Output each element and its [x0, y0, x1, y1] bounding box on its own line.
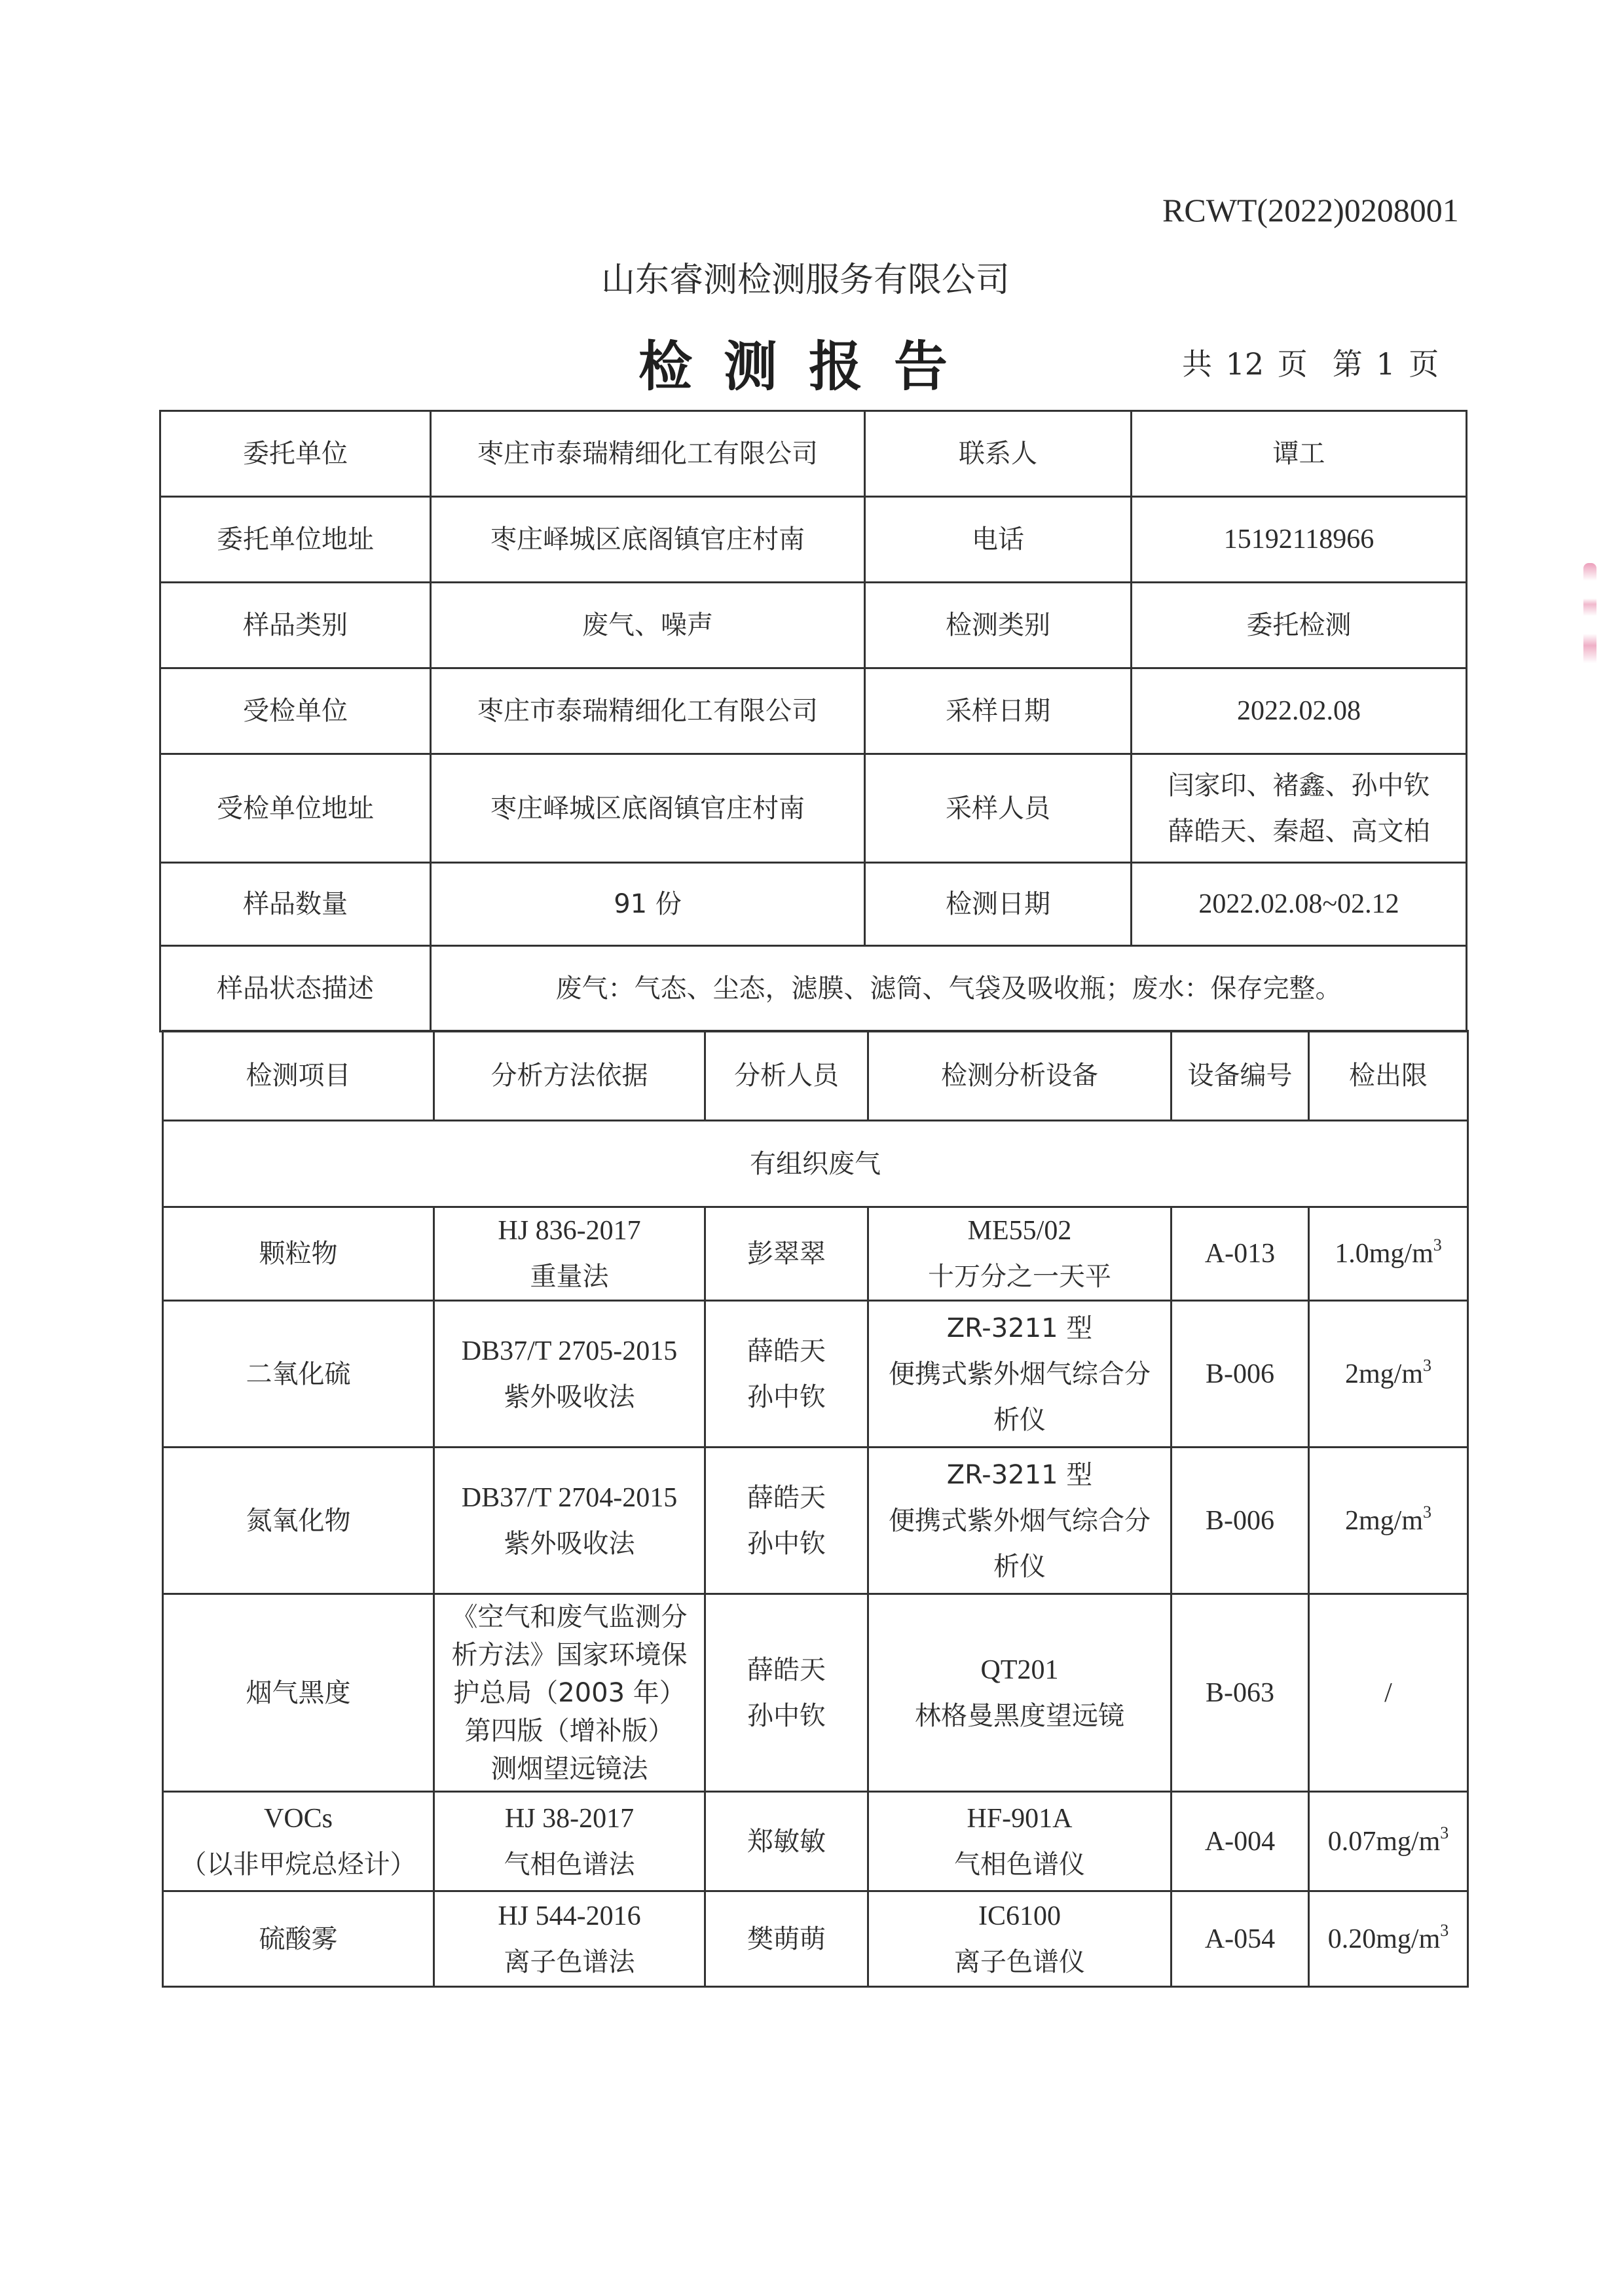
item-cell: VOCs （以非甲烷总烃计）	[163, 1792, 434, 1891]
detection-limit-cell: 0.20mg/m3	[1309, 1891, 1468, 1987]
total-pages: 共 12 页	[1182, 346, 1308, 382]
table-row: 氮氧化物 DB37/T 2704-2015 紫外吸收法 薛皓天 孙中钦 ZR-3…	[163, 1448, 1468, 1594]
sampling-date-label: 采样日期	[865, 668, 1132, 754]
contact-label: 联系人	[865, 411, 1132, 497]
company-name: 山东睿测检测服务有限公司	[570, 252, 1041, 301]
equipment-cell: IC6100 离子色谱仪	[868, 1891, 1172, 1987]
samplers-value: 闫家印、褚鑫、孙中钦 薛皓天、秦超、高文柏	[1132, 754, 1467, 863]
table-row: 受检单位 枣庄市泰瑞精细化工有限公司 采样日期 2022.02.08	[160, 668, 1467, 754]
analyst-cell: 薛皓天 孙中钦	[705, 1594, 868, 1792]
sample-count-label: 样品数量	[160, 863, 431, 946]
header-detection-limit: 检出限	[1309, 1031, 1468, 1121]
inspected-unit-value: 枣庄市泰瑞精细化工有限公司	[431, 668, 865, 754]
info-table: 委托单位 枣庄市泰瑞精细化工有限公司 联系人 谭工 委托单位地址 枣庄峄城区底阁…	[159, 410, 1467, 1032]
document-title: 检测报告	[638, 324, 979, 401]
equipment-cell: ZR-3211 型 便携式紫外烟气综合分 析仪	[868, 1301, 1172, 1448]
analyst-cell: 郑敏敏	[705, 1792, 868, 1891]
section-title: 有组织废气	[163, 1121, 1468, 1207]
sample-type-label: 样品类别	[160, 583, 431, 668]
header-item: 检测项目	[163, 1031, 434, 1121]
test-type-label: 检测类别	[865, 583, 1132, 668]
table-row: 烟气黑度 《空气和废气监测分 析方法》国家环境保 护总局（2003 年） 第四版…	[163, 1594, 1468, 1792]
equipment-id-cell: A-004	[1172, 1792, 1309, 1891]
item-cell: 氮氧化物	[163, 1448, 434, 1594]
method-table: 检测项目 分析方法依据 分析人员 检测分析设备 设备编号 检出限 有组织废气 颗…	[162, 1030, 1469, 1988]
equipment-cell: ZR-3211 型 便携式紫外烟气综合分 析仪	[868, 1448, 1172, 1594]
table-row: 委托单位 枣庄市泰瑞精细化工有限公司 联系人 谭工	[160, 411, 1467, 497]
equipment-id-cell: A-013	[1172, 1207, 1309, 1301]
samplers-line-1: 闫家印、褚鑫、孙中钦	[1135, 763, 1463, 809]
header-method: 分析方法依据	[434, 1031, 705, 1121]
contact-value: 谭工	[1132, 411, 1467, 497]
detection-limit-cell: 2mg/m3	[1309, 1448, 1468, 1594]
table-row: 样品数量 91 份 检测日期 2022.02.08~02.12	[160, 863, 1467, 946]
table-row: 硫酸雾 HJ 544-2016 离子色谱法 樊萌萌 IC6100 离子色谱仪 A…	[163, 1891, 1468, 1987]
sample-state-label: 样品状态描述	[160, 946, 431, 1032]
analyst-cell: 薛皓天 孙中钦	[705, 1301, 868, 1448]
table-row: 样品类别 废气、噪声 检测类别 委托检测	[160, 583, 1467, 668]
table-row: 颗粒物 HJ 836-2017 重量法 彭翠翠 ME55/02 十万分之一天平 …	[163, 1207, 1468, 1301]
equipment-id-cell: B-006	[1172, 1448, 1309, 1594]
method-cell: HJ 836-2017 重量法	[434, 1207, 705, 1301]
method-cell: 《空气和废气监测分 析方法》国家环境保 护总局（2003 年） 第四版（增补版）…	[434, 1594, 705, 1792]
table-row: 样品状态描述 废气：气态、尘态，滤膜、滤筒、气袋及吸收瓶；废水：保存完整。	[160, 946, 1467, 1032]
header-row: 检测项目 分析方法依据 分析人员 检测分析设备 设备编号 检出限	[163, 1031, 1468, 1121]
equipment-id-cell: B-006	[1172, 1301, 1309, 1448]
detection-limit-cell: /	[1309, 1594, 1468, 1792]
phone-value: 15192118966	[1132, 497, 1467, 583]
test-type-value: 委托检测	[1132, 583, 1467, 668]
item-cell: 颗粒物	[163, 1207, 434, 1301]
table-row: 委托单位地址 枣庄峄城区底阁镇官庄村南 电话 15192118966	[160, 497, 1467, 583]
inspected-address-label: 受检单位地址	[160, 754, 431, 863]
current-page: 第 1 页	[1333, 346, 1439, 382]
detection-limit-cell: 0.07mg/m3	[1309, 1792, 1468, 1891]
report-number: RCWT(2022)0208001	[1162, 191, 1459, 229]
item-cell: 烟气黑度	[163, 1594, 434, 1792]
client-value: 枣庄市泰瑞精细化工有限公司	[431, 411, 865, 497]
item-cell: 二氧化硫	[163, 1301, 434, 1448]
seal-mark	[1583, 563, 1596, 681]
analyst-cell: 樊萌萌	[705, 1891, 868, 1987]
samplers-line-2: 薛皓天、秦超、高文柏	[1135, 809, 1463, 854]
client-label: 委托单位	[160, 411, 431, 497]
item-cell: 硫酸雾	[163, 1891, 434, 1987]
client-address-label: 委托单位地址	[160, 497, 431, 583]
sample-count-value: 91 份	[431, 863, 865, 946]
page-info: 共 12 页第 1 页	[1182, 340, 1439, 384]
inspected-unit-label: 受检单位	[160, 668, 431, 754]
phone-label: 电话	[865, 497, 1132, 583]
sample-type-value: 废气、噪声	[431, 583, 865, 668]
analyst-cell: 薛皓天 孙中钦	[705, 1448, 868, 1594]
section-row: 有组织废气	[163, 1121, 1468, 1207]
equipment-id-cell: A-054	[1172, 1891, 1309, 1987]
table-row: 受检单位地址 枣庄峄城区底阁镇官庄村南 采样人员 闫家印、褚鑫、孙中钦 薛皓天、…	[160, 754, 1467, 863]
equipment-cell: HF-901A 气相色谱仪	[868, 1792, 1172, 1891]
equipment-cell: ME55/02 十万分之一天平	[868, 1207, 1172, 1301]
detection-limit-cell: 1.0mg/m3	[1309, 1207, 1468, 1301]
method-cell: DB37/T 2704-2015 紫外吸收法	[434, 1448, 705, 1594]
table-row: VOCs （以非甲烷总烃计） HJ 38-2017 气相色谱法 郑敏敏 HF-9…	[163, 1792, 1468, 1891]
method-cell: DB37/T 2705-2015 紫外吸收法	[434, 1301, 705, 1448]
header-equipment: 检测分析设备	[868, 1031, 1172, 1121]
analyst-cell: 彭翠翠	[705, 1207, 868, 1301]
equipment-cell: QT201 林格曼黑度望远镜	[868, 1594, 1172, 1792]
equipment-id-cell: B-063	[1172, 1594, 1309, 1792]
test-date-value: 2022.02.08~02.12	[1132, 863, 1467, 946]
client-address-value: 枣庄峄城区底阁镇官庄村南	[431, 497, 865, 583]
header-analyst: 分析人员	[705, 1031, 868, 1121]
sampling-date-value: 2022.02.08	[1132, 668, 1467, 754]
sample-state-value: 废气：气态、尘态，滤膜、滤筒、气袋及吸收瓶；废水：保存完整。	[431, 946, 1467, 1032]
detection-limit-cell: 2mg/m3	[1309, 1301, 1468, 1448]
header-equipment-id: 设备编号	[1172, 1031, 1309, 1121]
samplers-label: 采样人员	[865, 754, 1132, 863]
method-cell: HJ 38-2017 气相色谱法	[434, 1792, 705, 1891]
test-date-label: 检测日期	[865, 863, 1132, 946]
inspected-address-value: 枣庄峄城区底阁镇官庄村南	[431, 754, 865, 863]
method-cell: HJ 544-2016 离子色谱法	[434, 1891, 705, 1987]
table-row: 二氧化硫 DB37/T 2705-2015 紫外吸收法 薛皓天 孙中钦 ZR-3…	[163, 1301, 1468, 1448]
